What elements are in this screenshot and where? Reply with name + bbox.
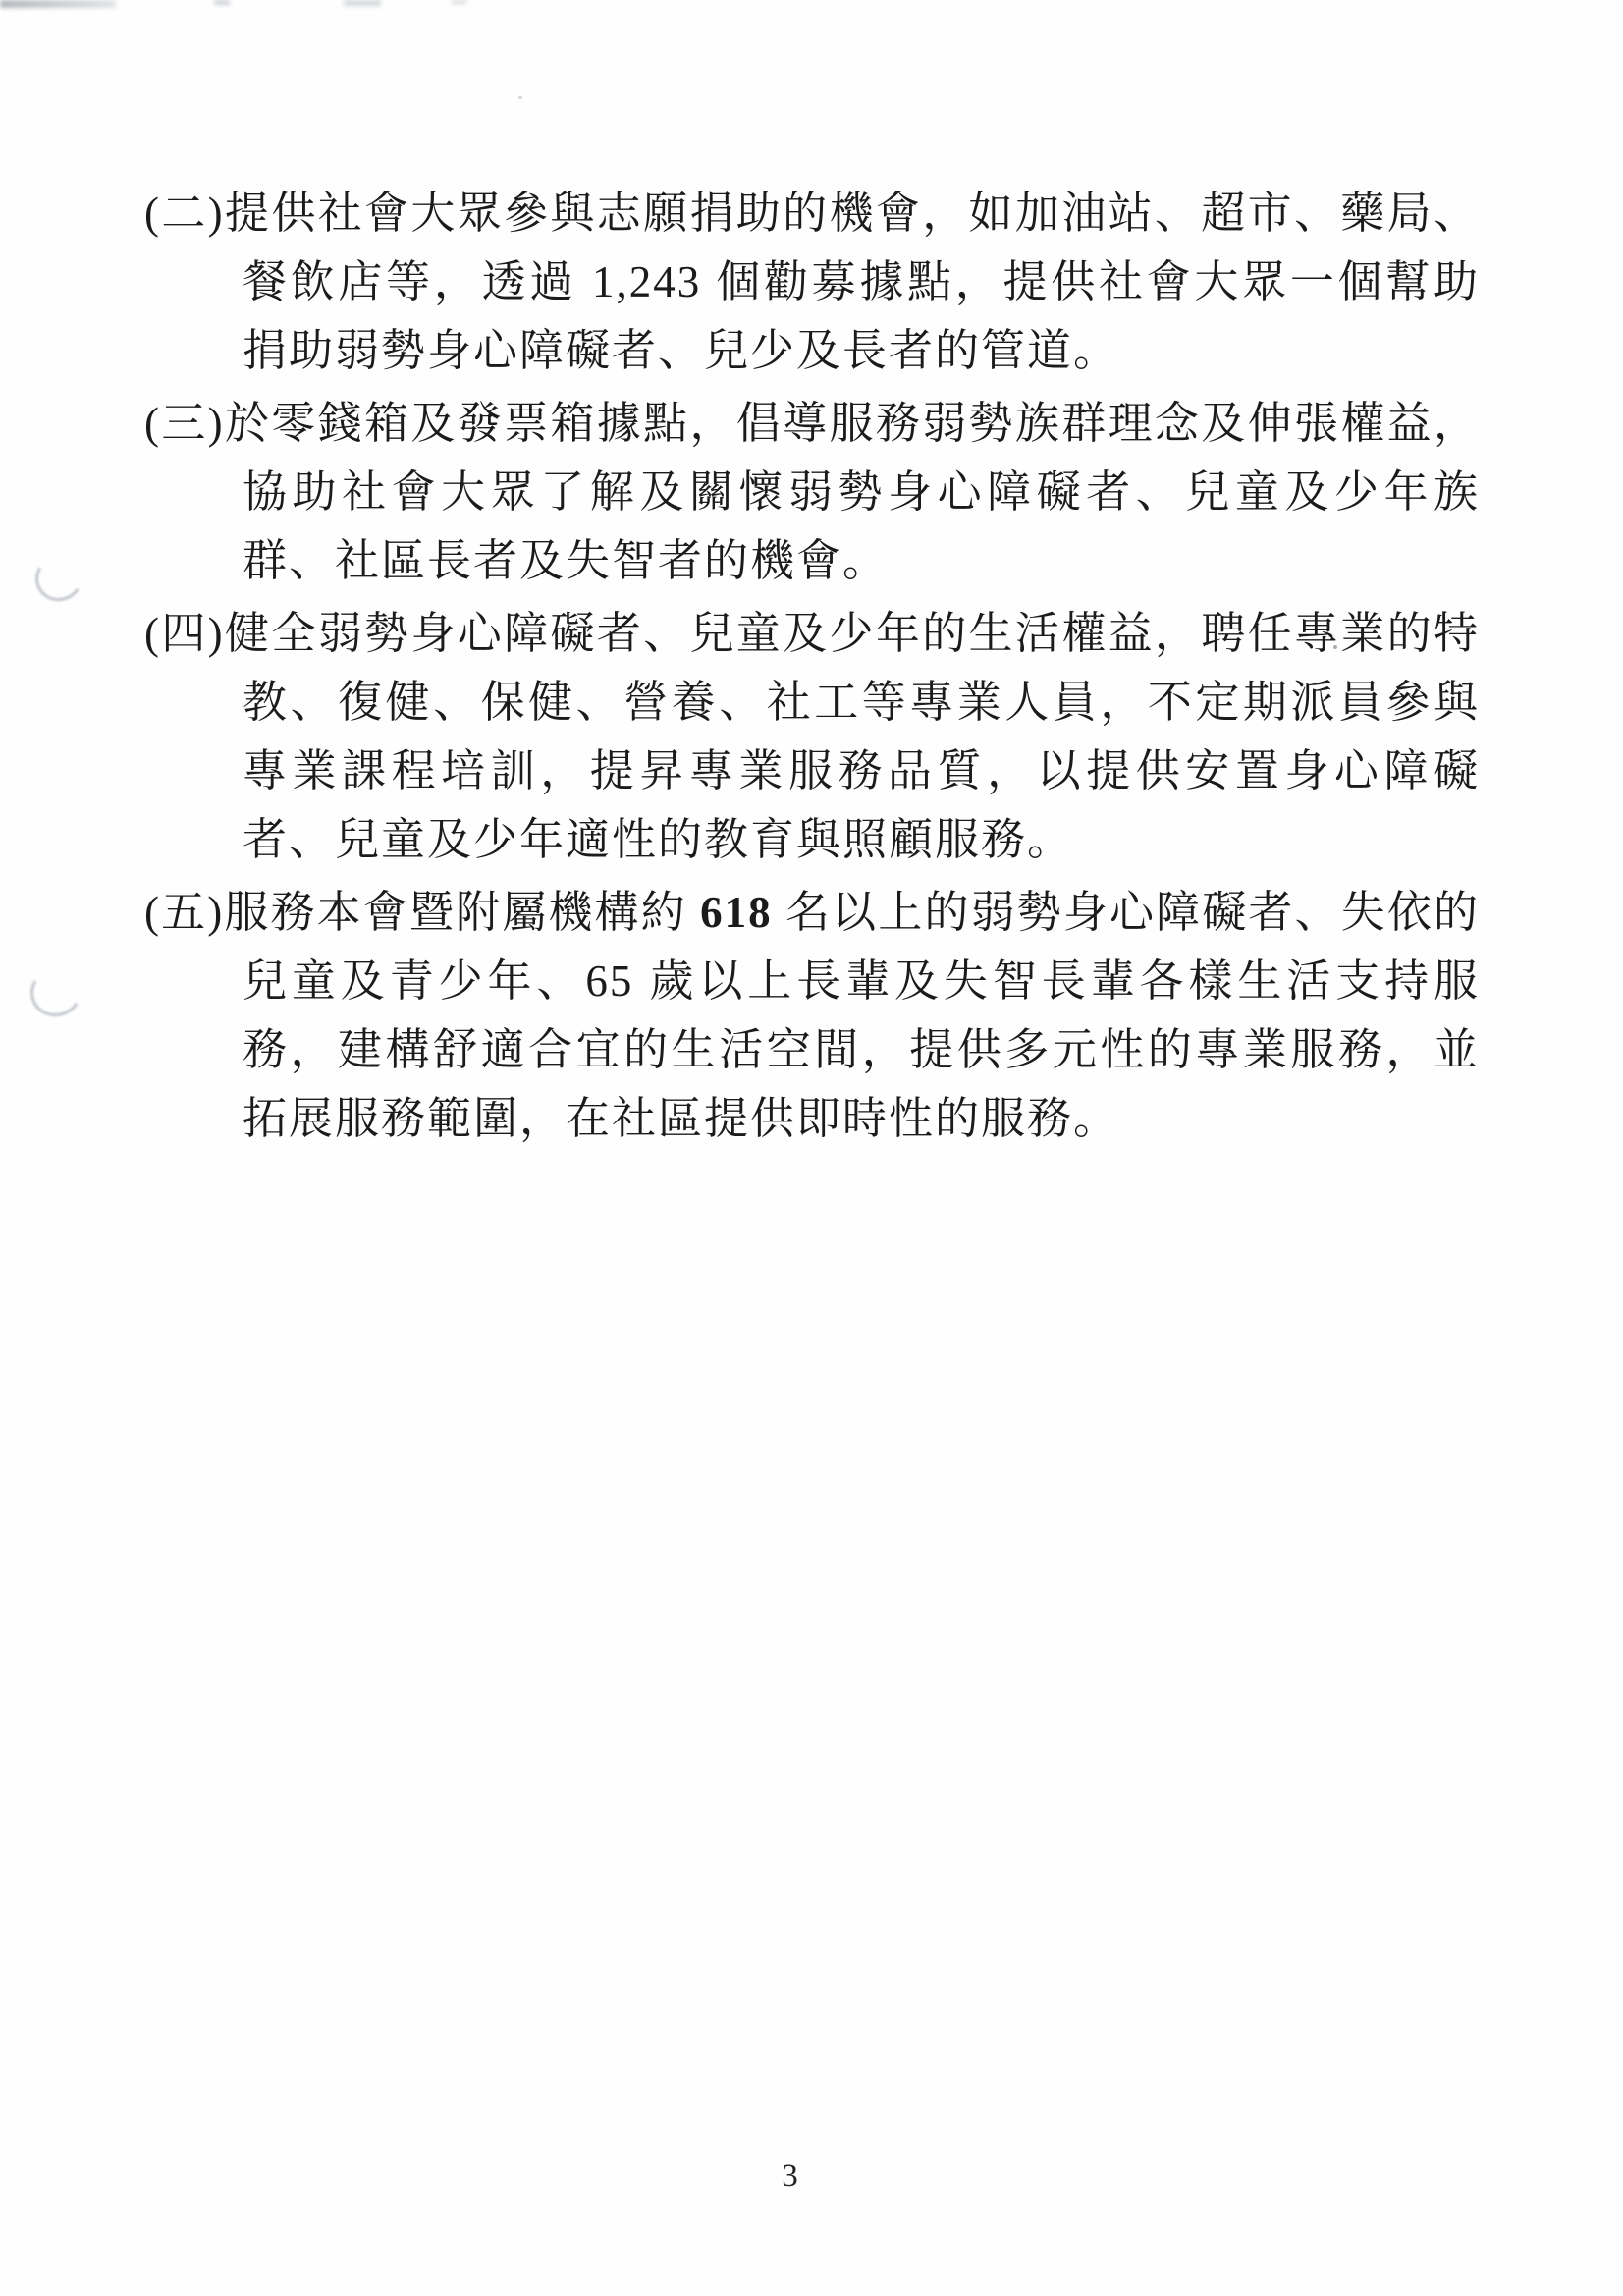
paragraph-label: (二) [144,189,225,238]
scan-smudge [0,0,116,8]
paragraph-item-3: (三)於零錢箱及發票箱據點，倡導服務弱勢族群理念及伸張權益，協助社會大眾了解及關… [144,389,1480,595]
scan-artifact-crescent [30,551,87,606]
paragraph-text: 於零錢箱及發票箱據點，倡導服務弱勢族群理念及伸張權益，協助社會大眾了解及關懷弱勢… [225,399,1480,585]
paragraph-text: 服務本會暨附屬機構約 [224,888,700,937]
paragraph-label: (三) [144,399,225,448]
paragraph-label: (四) [144,609,225,658]
scan-smudge [214,0,230,5]
paragraph-text: 健全弱勢身心障礙者、兒童及少年的生活權益，聘任專業的特教、復健、保健、營養、社工… [225,609,1480,864]
scan-artifact-crescent [26,962,86,1021]
scan-speck [518,96,522,99]
beneficiary-count: 618 [700,888,773,937]
document-body: (二)提供社會大眾參與志願捐助的機會，如加油站、超市、藥局、餐飲店等，透過 1,… [144,179,1480,1157]
paragraph-label: (五) [144,888,224,937]
paragraph-item-4: (四)健全弱勢身心障礙者、兒童及少年的生活權益，聘任專業的特教、復健、保健、營養… [144,599,1480,874]
paragraph-item-5: (五)服務本會暨附屬機構約 618 名以上的弱勢身心障礙者、失依的兒童及青少年、… [144,878,1480,1153]
page-number: 3 [0,2159,1580,2195]
document-page: (二)提供社會大眾參與志願捐助的機會，如加油站、超市、藥局、餐飲店等，透過 1,… [0,0,1623,2296]
paragraph-text: 提供社會大眾參與志願捐助的機會，如加油站、超市、藥局、餐飲店等，透過 1,243… [225,189,1480,375]
paragraph-item-2: (二)提供社會大眾參與志願捐助的機會，如加油站、超市、藥局、餐飲店等，透過 1,… [144,179,1480,385]
scan-smudge [452,0,466,4]
scan-smudge [344,0,381,6]
